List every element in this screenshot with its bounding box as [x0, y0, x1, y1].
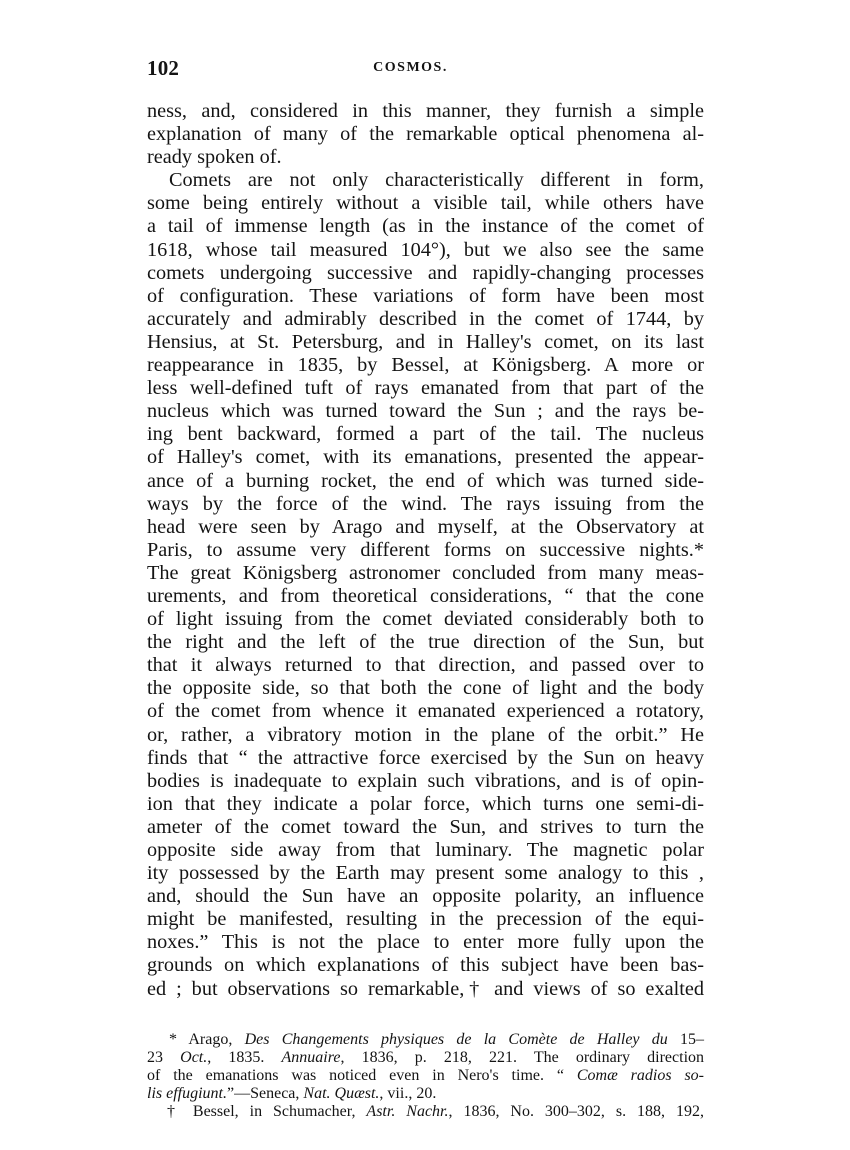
footnote-italic: Nat. Quæst.	[303, 1085, 379, 1102]
footnotes: * Arago, Des Changements physiques de la…	[147, 1031, 704, 1121]
text-line: bodies is inadequate to explain such vib…	[147, 770, 704, 793]
text-line: ance of a burning rocket, the end of whi…	[147, 470, 704, 493]
text-line: noxes.” This is not the place to enter m…	[147, 931, 704, 954]
text-line: and, should the Sun have an opposite pol…	[147, 885, 704, 908]
text-line: of light issuing from the comet deviated…	[147, 608, 704, 631]
text-line: ways by the force of the wind. The rays …	[147, 493, 704, 516]
text-line: Comets are not only characteristically d…	[147, 169, 704, 192]
footnote-text: , 1836, p. 218, 221. The ordinary direct…	[340, 1049, 704, 1066]
footnote-italic: Annuaire	[282, 1049, 341, 1066]
text-line: ness, and, considered in this manner, th…	[147, 100, 704, 123]
text-line: a tail of immense length (as in the inst…	[147, 215, 704, 238]
footnote-italic: Astr. Nachr.	[366, 1103, 448, 1120]
text-line: the right and the left of the true direc…	[147, 631, 704, 654]
text-line: of the comet from whence it emanated exp…	[147, 700, 704, 723]
footnote-text: ”—Seneca,	[227, 1085, 303, 1102]
text-line: Hensius, at St. Petersburg, and in Halle…	[147, 331, 704, 354]
footnote-text: 23	[147, 1049, 180, 1066]
body-text: ness, and, considered in this manner, th…	[147, 100, 704, 1001]
footnote-italic: lis effugiunt.	[147, 1085, 227, 1102]
text-line: less well-defined tuft of rays emanated …	[147, 377, 704, 400]
text-line: finds that “ the attractive force exerci…	[147, 747, 704, 770]
book-page: 102 COSMOS. ness, and, considered in thi…	[147, 52, 704, 1121]
text-line: reappearance in 1835, by Bessel, at Köni…	[147, 354, 704, 377]
footnote-text: , 1835.	[207, 1049, 281, 1066]
footnote-text: 15–	[668, 1031, 704, 1048]
text-line: opposite side away from that luminary. T…	[147, 839, 704, 862]
text-line: ion that they indicate a polar force, wh…	[147, 793, 704, 816]
text-line: ameter of the comet toward the Sun, and …	[147, 816, 704, 839]
text-line: might be manifested, resulting in the pr…	[147, 908, 704, 931]
footnote-1-line: lis effugiunt.”—Seneca, Nat. Quæst., vii…	[147, 1085, 704, 1103]
running-title: COSMOS.	[147, 60, 704, 76]
text-line: the opposite side, so that both the cone…	[147, 677, 704, 700]
footnote-text: † Bessel, in Schumacher,	[167, 1103, 366, 1120]
text-line: accurately and admirably described in th…	[147, 308, 704, 331]
text-line: grounds on which explanations of this su…	[147, 954, 704, 977]
text-line: or, rather, a vibratory motion in the pl…	[147, 724, 704, 747]
footnote-1-line: * Arago, Des Changements physiques de la…	[147, 1031, 704, 1049]
text-line: ready spoken of.	[147, 146, 704, 169]
text-line: head were seen by Arago and myself, at t…	[147, 516, 704, 539]
text-line: comets undergoing successive and rapidly…	[147, 262, 704, 285]
text-line: some being entirely without a visible ta…	[147, 192, 704, 215]
text-line: ity possessed by the Earth may present s…	[147, 862, 704, 885]
footnote-text: , vii., 20.	[379, 1085, 436, 1102]
text-line: ed ; but observations so remarkable,† an…	[147, 978, 704, 1001]
footnote-text: * Arago,	[169, 1031, 245, 1048]
text-line: of Halley's comet, with its emanations, …	[147, 446, 704, 469]
footnote-1-line: 23 Oct., 1835. Annuaire, 1836, p. 218, 2…	[147, 1049, 704, 1067]
footnote-text: of the emanations was noticed even in Ne…	[147, 1067, 577, 1084]
running-head: 102 COSMOS.	[147, 52, 704, 92]
footnote-2-line: † Bessel, in Schumacher, Astr. Nachr., 1…	[147, 1103, 704, 1121]
footnote-1-line: of the emanations was noticed even in Ne…	[147, 1067, 704, 1085]
text-line: 1618, whose tail measured 104°), but we …	[147, 239, 704, 262]
footnote-italic: Des Changements physiques de la Comète d…	[245, 1031, 668, 1048]
footnote-italic: Comæ radios so-	[577, 1067, 704, 1084]
text-line: ing bent backward, formed a part of the …	[147, 423, 704, 446]
text-line: nucleus which was turned toward the Sun …	[147, 400, 704, 423]
text-line: that it always returned to that directio…	[147, 654, 704, 677]
text-line: The great Königsberg astronomer conclude…	[147, 562, 704, 585]
text-line: explanation of many of the remarkable op…	[147, 123, 704, 146]
footnote-text: , 1836, No. 300–302, s. 188, 192,	[449, 1103, 705, 1120]
footnote-italic: Oct.	[180, 1049, 207, 1066]
text-line: of configuration. These variations of fo…	[147, 285, 704, 308]
text-line: urements, and from theoretical considera…	[147, 585, 704, 608]
text-line: Paris, to assume very different forms on…	[147, 539, 704, 562]
